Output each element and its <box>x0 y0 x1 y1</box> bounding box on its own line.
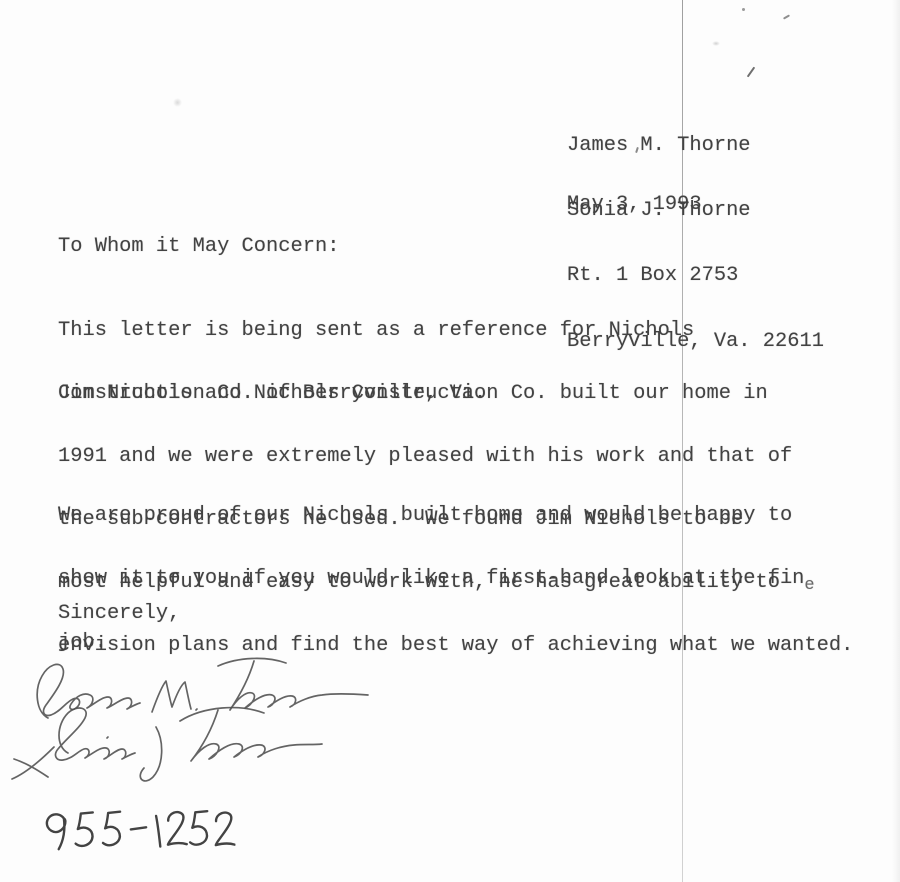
signature-sonia-j-thorne <box>10 697 325 792</box>
dropped-typewriter-char: e <box>804 575 814 596</box>
digit-2 <box>215 812 235 845</box>
sender-name-line: James M. Thorne <box>567 135 824 157</box>
pen-slash-mark-artifact <box>747 67 756 78</box>
text-line-part: show it to you if you would like a first… <box>58 567 804 590</box>
smudge-artifact <box>173 98 182 107</box>
text-line: We are proud of our Nichols built home a… <box>58 505 815 526</box>
salutation: To Whom it May Concern: <box>58 236 339 257</box>
text-line: Jim Nichols and Nichols Construction Co.… <box>58 383 853 404</box>
ink-dot-artifact <box>742 8 745 11</box>
closing-sincerely: Sincerely, <box>58 603 180 624</box>
digit-2 <box>167 812 187 845</box>
handwritten-phone-number <box>29 798 235 858</box>
digit-5 <box>102 812 121 846</box>
scanned-letter-page: James M. Thorne Sonia J. Thorne Rt. 1 Bo… <box>0 0 900 882</box>
text-line: show it to you if you would like a first… <box>58 568 815 590</box>
scan-edge-shadow <box>892 0 900 882</box>
smudge-artifact <box>712 41 720 46</box>
hyphen <box>131 827 146 829</box>
digit-1 <box>156 816 160 847</box>
letter-date: May 3, 1993 <box>567 194 702 215</box>
digit-5 <box>189 811 208 845</box>
digit-5 <box>75 812 94 846</box>
pen-tick-mark-artifact <box>783 14 790 19</box>
text-line: This letter is being sent as a reference… <box>58 320 694 341</box>
digit-9 <box>47 814 66 849</box>
